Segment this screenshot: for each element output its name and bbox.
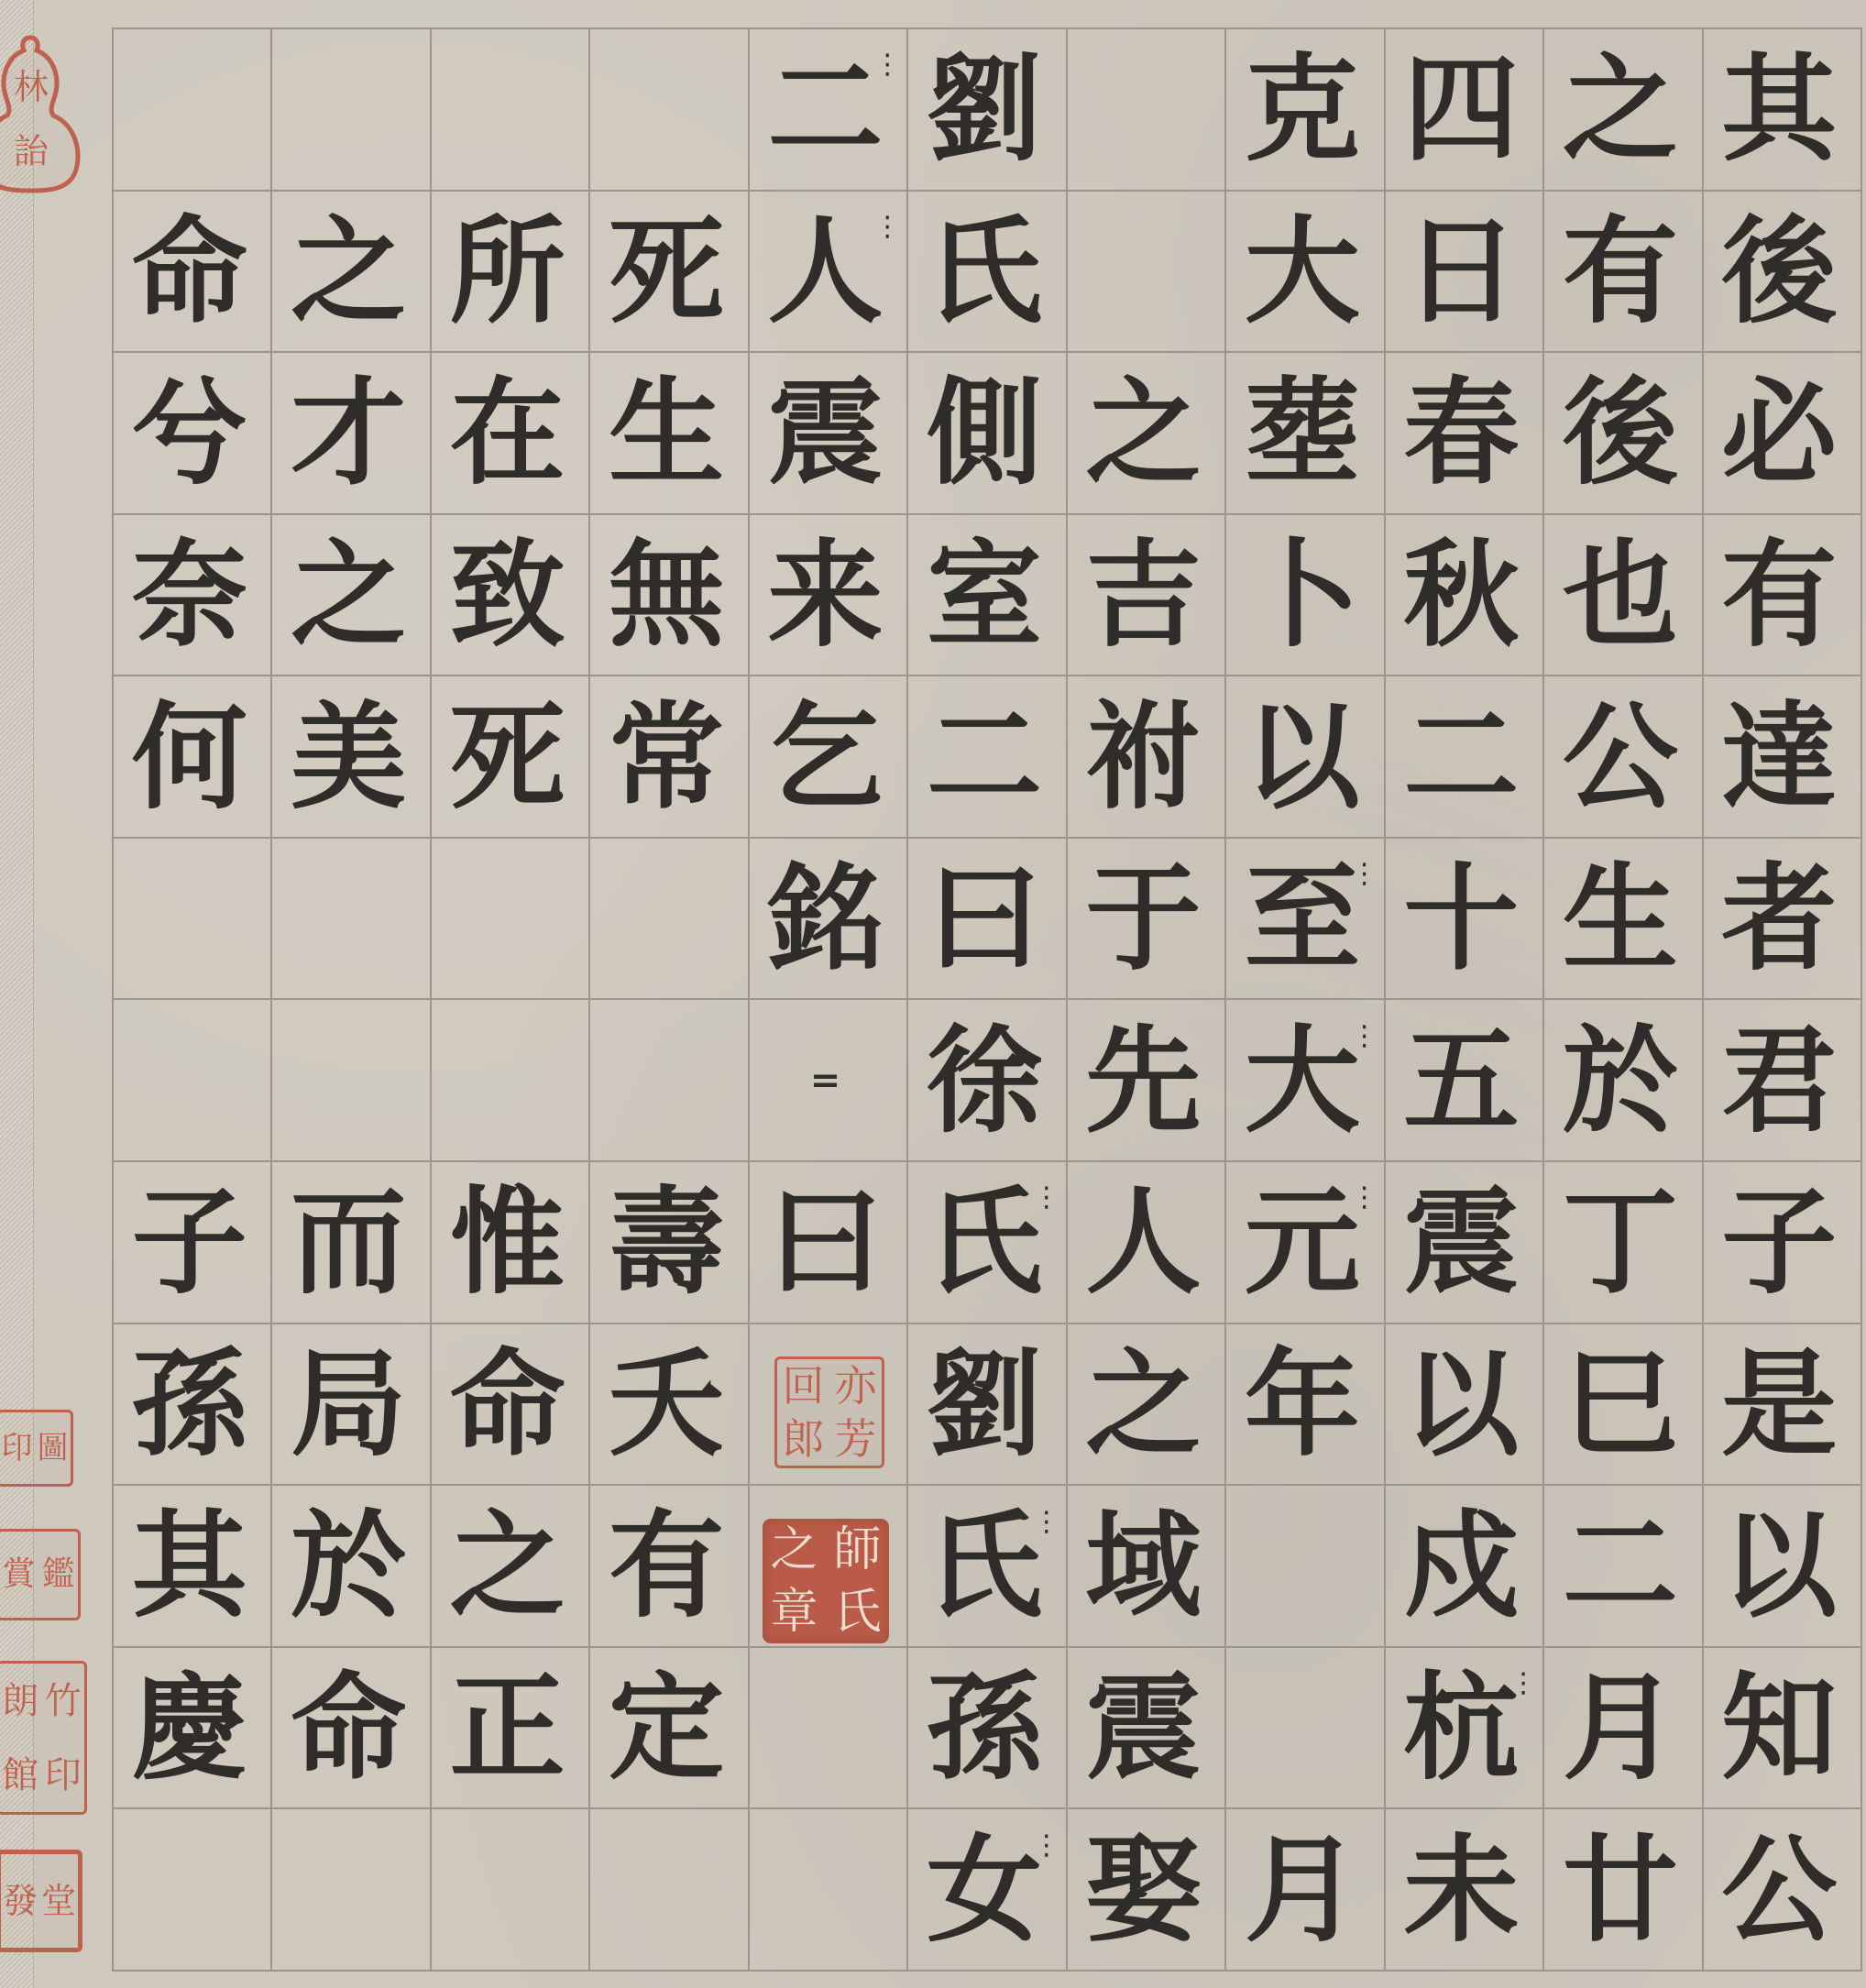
character-cell: 君 xyxy=(1704,1000,1861,1162)
text-column-8: 死 生 無 常 壽 夭 有 定 xyxy=(588,29,747,1972)
ditto-mark-cell: = xyxy=(750,1000,906,1162)
blank-cell xyxy=(590,1000,747,1162)
character-cell: 日 xyxy=(1386,192,1542,354)
character-cell: 人⋮ xyxy=(750,192,906,354)
blank-cell xyxy=(114,1000,270,1162)
character-cell: 公 xyxy=(1704,1809,1861,1972)
calligraphy-character: 奈 xyxy=(132,537,247,653)
calligraphy-character: 二 xyxy=(1403,699,1519,815)
calligraphy-character: 定 xyxy=(609,1670,724,1785)
character-cell: 人 xyxy=(1068,1162,1224,1324)
calligraphy-character: 於 xyxy=(291,1508,406,1623)
repetition-mark: ⋮ xyxy=(1351,1023,1378,1050)
calligraphy-character: 公 xyxy=(1563,699,1678,815)
character-cell: 域 xyxy=(1068,1486,1224,1648)
calligraphy-character: 生 xyxy=(609,375,724,490)
calligraphy-character: 在 xyxy=(450,375,565,490)
character-cell: 氏⋮ xyxy=(908,1486,1065,1648)
calligraphy-character: 是 xyxy=(1721,1346,1837,1462)
text-column-7: 二⋮ 人⋮ 震 来 乞 銘 = 曰 xyxy=(748,29,906,1972)
calligraphy-character: 震 xyxy=(1403,1184,1519,1300)
calligraphy-character: 四 xyxy=(1403,51,1519,167)
blank-cell xyxy=(114,29,270,192)
calligraphy-character: 命 xyxy=(450,1346,565,1462)
calligraphy-character: 震 xyxy=(1085,1670,1201,1785)
character-cell: 所 xyxy=(432,192,588,354)
seal-glyph: 之 xyxy=(771,1526,818,1574)
calligraphy-character: 戍 xyxy=(1403,1508,1519,1623)
calligraphy-character: 其 xyxy=(1721,51,1837,167)
blank-cell xyxy=(272,1809,429,1972)
character-cell: 杭⋮ xyxy=(1386,1648,1542,1810)
calligraphy-character: 生 xyxy=(1563,861,1678,976)
character-cell: 二⋮ xyxy=(750,29,906,192)
character-cell: 定 xyxy=(590,1648,747,1810)
character-cell: 在 xyxy=(432,353,588,515)
character-cell: 而 xyxy=(272,1162,429,1324)
blank-cell xyxy=(272,29,429,192)
character-cell: 側 xyxy=(908,353,1065,515)
calligraphy-character: 大 xyxy=(1245,214,1360,329)
text-column-6: 劉 氏 側 室 二 曰 徐 氏⋮ 劉 氏⋮ 孫 女⋮ xyxy=(906,29,1065,1972)
character-cell: 死 xyxy=(432,676,588,839)
collector-seal-zhuwen: 亦 芳 回 郎 xyxy=(774,1356,884,1468)
character-cell: 有 xyxy=(590,1486,747,1648)
calligraphy-character: 月 xyxy=(1245,1832,1360,1948)
calligraphy-character: 吉 xyxy=(1085,537,1201,653)
character-cell: 吉 xyxy=(1068,515,1224,677)
calligraphy-character: 杭 xyxy=(1403,1670,1519,1785)
calligraphy-character: 以 xyxy=(1245,699,1360,815)
seal-glyph: 回 xyxy=(783,1365,825,1407)
character-cell: 銘 xyxy=(750,839,906,1001)
character-cell: 徐 xyxy=(908,1000,1065,1162)
calligraphy-character: 所 xyxy=(450,214,565,329)
seal-glyph: 章 xyxy=(771,1588,818,1636)
calligraphy-character: 域 xyxy=(1085,1508,1201,1623)
character-cell: 劉 xyxy=(908,1324,1065,1487)
calligraphy-character: 徐 xyxy=(927,1023,1042,1138)
seal-glyph: 館 xyxy=(2,1757,38,1794)
character-cell: 生 xyxy=(590,353,747,515)
text-column-1: 其 後 必 有 達 者 君 子 是 以 知 公 xyxy=(1702,29,1861,1972)
character-cell: 也 xyxy=(1544,515,1701,677)
calligraphy-character: 者 xyxy=(1721,861,1837,976)
calligraphy-character: 年 xyxy=(1245,1346,1360,1462)
blank-cell xyxy=(1068,29,1224,192)
character-cell: 震 xyxy=(1068,1648,1224,1810)
calligraphy-character: 子 xyxy=(132,1184,247,1300)
blank-cell xyxy=(432,839,588,1001)
character-cell: 之 xyxy=(1068,353,1224,515)
character-cell: 奈 xyxy=(114,515,270,677)
calligraphy-character: 卜 xyxy=(1245,537,1360,653)
character-cell: 十 xyxy=(1386,839,1542,1001)
repetition-mark: ⋮ xyxy=(1351,861,1378,888)
calligraphy-character: 之 xyxy=(1563,51,1678,167)
calligraphy-character: 以 xyxy=(1403,1346,1519,1462)
character-cell: 子 xyxy=(1704,1162,1861,1324)
calligraphy-character: 孫 xyxy=(927,1670,1042,1785)
calligraphy-character: 月 xyxy=(1563,1670,1678,1785)
character-cell: 克 xyxy=(1226,29,1383,192)
character-cell: 公 xyxy=(1544,676,1701,839)
character-cell: 戍 xyxy=(1386,1486,1542,1648)
character-cell: 来 xyxy=(750,515,906,677)
calligraphy-character: 必 xyxy=(1721,375,1837,490)
character-cell: 以 xyxy=(1704,1486,1861,1648)
calligraphy-character: 廿 xyxy=(1563,1832,1678,1948)
calligraphy-character: 大 xyxy=(1245,1023,1360,1138)
blank-cell xyxy=(750,1648,906,1810)
blank-cell xyxy=(750,1809,906,1972)
calligraphy-character: 二 xyxy=(927,699,1042,815)
seam-seal-3: 竹 印 朗 館 xyxy=(0,1661,87,1815)
calligraphy-character: 於 xyxy=(1563,1023,1678,1138)
calligraphy-character: 後 xyxy=(1563,375,1678,490)
text-column-5: 之 吉 祔 于 先 人 之 域 震 娶 xyxy=(1066,29,1224,1972)
blank-cell xyxy=(114,1809,270,1972)
calligraphy-character: 二 xyxy=(1563,1508,1678,1623)
character-cell: 未 xyxy=(1386,1809,1542,1972)
character-cell: 其 xyxy=(114,1486,270,1648)
character-cell: 二 xyxy=(1544,1486,1701,1648)
calligraphy-character: 未 xyxy=(1403,1832,1519,1948)
calligraphy-character: 致 xyxy=(450,537,565,653)
character-cell: 卜 xyxy=(1226,515,1383,677)
character-cell: 月 xyxy=(1226,1809,1383,1972)
calligraphy-character: 曰 xyxy=(927,861,1042,976)
seal-glyph: 圖 xyxy=(38,1433,69,1464)
text-column-11: 命 兮 奈 何 子 孫 其 慶 xyxy=(112,29,270,1972)
ditto-mark: = xyxy=(810,1062,841,1099)
character-cell: 大 xyxy=(1226,192,1383,354)
calligraphy-character: 達 xyxy=(1721,699,1837,815)
calligraphy-character: 側 xyxy=(927,375,1042,490)
calligraphy-character: 祔 xyxy=(1085,699,1201,815)
character-cell: 之 xyxy=(432,1486,588,1648)
character-cell: 年 xyxy=(1226,1324,1383,1487)
blank-cell xyxy=(432,1000,588,1162)
character-cell: 震 xyxy=(750,353,906,515)
calligraphy-character: 銘 xyxy=(768,861,884,976)
calligraphy-character: 以 xyxy=(1721,1508,1837,1623)
calligraphy-character: 兮 xyxy=(132,375,247,490)
blank-cell xyxy=(1226,1486,1383,1648)
calligraphy-character: 死 xyxy=(609,214,724,329)
calligraphy-character: 之 xyxy=(1085,375,1201,490)
character-cell: 以 xyxy=(1226,676,1383,839)
character-cell: 其 xyxy=(1704,29,1861,192)
character-cell: 無 xyxy=(590,515,747,677)
calligraphy-character: 人 xyxy=(768,214,884,329)
character-cell: 壽 xyxy=(590,1162,747,1324)
character-cell: 有 xyxy=(1704,515,1861,677)
calligraphy-character: 公 xyxy=(1721,1832,1837,1948)
character-cell: 生 xyxy=(1544,839,1701,1001)
repetition-mark: ⋮ xyxy=(1033,1184,1060,1212)
character-cell: 死 xyxy=(590,192,747,354)
calligraphy-character: 夭 xyxy=(609,1346,724,1462)
calligraphy-character: 之 xyxy=(291,214,406,329)
calligraphy-character: 有 xyxy=(609,1508,724,1623)
character-cell: 致 xyxy=(432,515,588,677)
character-cell: 必 xyxy=(1704,353,1861,515)
character-cell: 夭 xyxy=(590,1324,747,1487)
calligraphy-character: 氏 xyxy=(927,1184,1042,1300)
calligraphy-character: 塟 xyxy=(1245,375,1360,490)
character-cell: 子 xyxy=(114,1162,270,1324)
text-column-4: 克 大 塟 卜 以 至⋮ 大⋮ 元⋮ 年 月 xyxy=(1224,29,1383,1972)
calligraphy-character: 氏 xyxy=(927,1508,1042,1623)
calligraphy-character: 孫 xyxy=(132,1346,247,1462)
character-cell: 劉 xyxy=(908,29,1065,192)
character-cell: 大⋮ xyxy=(1226,1000,1383,1162)
repetition-mark: ⋮ xyxy=(873,51,901,79)
blank-cell xyxy=(1226,1648,1383,1810)
calligraphy-character: 無 xyxy=(609,537,724,653)
character-cell: 是 xyxy=(1704,1324,1861,1487)
seal-glyph: 堂 xyxy=(41,1884,76,1918)
character-cell: 曰 xyxy=(750,1162,906,1324)
character-cell: 以 xyxy=(1386,1324,1542,1487)
calligraphy-character: 娶 xyxy=(1085,1832,1201,1948)
calligraphy-character: 丁 xyxy=(1563,1184,1678,1300)
blank-cell xyxy=(590,29,747,192)
calligraphy-character: 先 xyxy=(1085,1023,1201,1138)
calligraphy-character: 命 xyxy=(291,1670,406,1785)
calligraphy-character: 人 xyxy=(1085,1184,1201,1300)
character-cell: 春 xyxy=(1386,353,1542,515)
calligraphy-character: 何 xyxy=(132,699,247,815)
character-cell: 娶 xyxy=(1068,1809,1224,1972)
character-cell: 氏 xyxy=(908,192,1065,354)
calligraphy-character: 春 xyxy=(1403,375,1519,490)
character-cell: 慶 xyxy=(114,1648,270,1810)
seal-glyph: 芳 xyxy=(835,1418,877,1460)
calligraphy-character: 也 xyxy=(1563,537,1678,653)
seal-glyph: 郎 xyxy=(783,1418,825,1460)
character-cell: 五 xyxy=(1386,1000,1542,1162)
calligraphy-character: 五 xyxy=(1403,1023,1519,1138)
character-cell: 于 xyxy=(1068,839,1224,1001)
calligraphy-character: 于 xyxy=(1085,861,1201,976)
character-cell: 曰 xyxy=(908,839,1065,1001)
calligraphy-character: 知 xyxy=(1721,1670,1837,1785)
seal-glyph: 林 xyxy=(14,67,49,107)
character-cell: 廿 xyxy=(1544,1809,1701,1972)
character-cell: 孫 xyxy=(114,1324,270,1487)
blank-cell xyxy=(590,1809,747,1972)
character-cell: 月 xyxy=(1544,1648,1701,1810)
character-cell: 塟 xyxy=(1226,353,1383,515)
character-cell: 震 xyxy=(1386,1162,1542,1324)
character-cell: 常 xyxy=(590,676,747,839)
character-cell: 元⋮ xyxy=(1226,1162,1383,1324)
text-column-3: 四 日 春 秋 二 十 五 震 以 戍 杭⋮ 未 xyxy=(1384,29,1542,1972)
character-cell: 有 xyxy=(1544,192,1701,354)
character-cell: 命 xyxy=(432,1324,588,1487)
character-cell: 室 xyxy=(908,515,1065,677)
calligraphy-character: 克 xyxy=(1245,51,1360,167)
character-cell: 局 xyxy=(272,1324,429,1487)
seal-glyph: 印 xyxy=(45,1757,82,1794)
blank-cell xyxy=(272,839,429,1001)
calligraphy-character: 命 xyxy=(132,214,247,329)
character-cell: 之 xyxy=(1544,29,1701,192)
seal-glyph: 師 xyxy=(834,1526,882,1574)
blank-cell xyxy=(590,839,747,1001)
calligraphy-character: 之 xyxy=(450,1508,565,1623)
character-cell: 於 xyxy=(272,1486,429,1648)
seal-glyph: 竹 xyxy=(45,1683,82,1719)
character-cell: 二 xyxy=(1386,676,1542,839)
gourd-seal: 林 詒 xyxy=(0,35,84,194)
calligraphy-character: 死 xyxy=(450,699,565,815)
character-cell: 巳 xyxy=(1544,1324,1701,1487)
character-cell: 孫 xyxy=(908,1648,1065,1810)
character-cell: 知 xyxy=(1704,1648,1861,1810)
seal-glyph: 詒 xyxy=(14,131,49,171)
calligraphy-character: 日 xyxy=(1403,214,1519,329)
calligraphy-character: 正 xyxy=(450,1670,565,1785)
text-column-9: 所 在 致 死 惟 命 之 正 xyxy=(430,29,588,1972)
calligraphy-character: 惟 xyxy=(450,1184,565,1300)
calligraphy-character: 二 xyxy=(768,51,884,167)
calligraphy-character: 才 xyxy=(291,375,406,490)
calligraphy-grid: 其 後 必 有 達 者 君 子 是 以 知 公 之 有 後 也 公 生 於 丁 … xyxy=(112,27,1862,1972)
calligraphy-character: 至 xyxy=(1245,861,1360,976)
repetition-mark: ⋮ xyxy=(1033,1509,1060,1536)
seal-glyph: 鑑 xyxy=(42,1558,75,1591)
calligraphy-character: 其 xyxy=(132,1508,247,1623)
calligraphy-character: 有 xyxy=(1721,537,1837,653)
character-cell: 美 xyxy=(272,676,429,839)
calligraphy-character: 曰 xyxy=(768,1184,884,1300)
calligraphy-character: 巳 xyxy=(1563,1346,1678,1462)
seal-glyph: 亦 xyxy=(835,1365,877,1407)
calligraphy-character: 子 xyxy=(1721,1184,1837,1300)
character-cell: 才 xyxy=(272,353,429,515)
text-column-2: 之 有 後 也 公 生 於 丁 巳 二 月 廿 xyxy=(1542,29,1701,1972)
character-cell: 之 xyxy=(272,515,429,677)
calligraphy-character: 震 xyxy=(768,375,884,490)
calligraphy-character: 局 xyxy=(291,1346,406,1462)
seal-glyph: 發 xyxy=(3,1884,38,1918)
calligraphy-character: 有 xyxy=(1563,214,1678,329)
repetition-mark: ⋮ xyxy=(873,214,901,241)
character-cell: 氏⋮ xyxy=(908,1162,1065,1324)
calligraphy-character: 氏 xyxy=(927,214,1042,329)
character-cell: 命 xyxy=(272,1648,429,1810)
calligraphy-character: 君 xyxy=(1721,1023,1837,1138)
character-cell: 秋 xyxy=(1386,515,1542,677)
seal-glyph: 印 xyxy=(2,1433,33,1464)
character-cell: 命 xyxy=(114,192,270,354)
character-cell: 達 xyxy=(1704,676,1861,839)
blank-cell xyxy=(1068,192,1224,354)
seal-glyph: 朗 xyxy=(2,1683,38,1719)
seam-seal-2: 鑑 賞 xyxy=(0,1529,81,1620)
calligraphy-character: 慶 xyxy=(132,1670,247,1785)
collector-seal-baiwen: 師 氏 之 章 xyxy=(763,1519,889,1643)
character-cell: 祔 xyxy=(1068,676,1224,839)
character-cell: 正 xyxy=(432,1648,588,1810)
calligraphy-character: 来 xyxy=(768,537,884,653)
blank-cell xyxy=(272,1000,429,1162)
character-cell: 至⋮ xyxy=(1226,839,1383,1001)
seal-glyph: 賞 xyxy=(3,1558,36,1591)
blank-cell xyxy=(114,839,270,1001)
calligraphy-character: 壽 xyxy=(609,1184,724,1300)
seam-seal-4: 堂 發 xyxy=(0,1850,82,1952)
seam-seal-1: 圖 印 xyxy=(0,1410,73,1487)
character-cell: 二 xyxy=(908,676,1065,839)
character-cell: 之 xyxy=(272,192,429,354)
character-cell: 者 xyxy=(1704,839,1861,1001)
character-cell: 後 xyxy=(1704,192,1861,354)
calligraphy-character: 美 xyxy=(291,699,406,815)
calligraphy-character: 十 xyxy=(1403,861,1519,976)
repetition-mark: ⋮ xyxy=(1351,1184,1378,1212)
calligraphy-character: 劉 xyxy=(927,1346,1042,1462)
calligraphy-character: 後 xyxy=(1721,214,1837,329)
blank-cell xyxy=(432,1809,588,1972)
character-cell: 於 xyxy=(1544,1000,1701,1162)
calligraphy-character: 乞 xyxy=(768,699,884,815)
character-cell: 先 xyxy=(1068,1000,1224,1162)
seal-glyph: 氏 xyxy=(834,1588,882,1636)
calligraphy-character: 元 xyxy=(1245,1184,1360,1300)
calligraphy-character: 常 xyxy=(609,699,724,815)
character-cell: 兮 xyxy=(114,353,270,515)
calligraphy-character: 室 xyxy=(927,537,1042,653)
blank-cell xyxy=(432,29,588,192)
character-cell: 丁 xyxy=(1544,1162,1701,1324)
text-column-10: 之 才 之 美 而 局 於 命 xyxy=(270,29,429,1972)
calligraphy-character: 秋 xyxy=(1403,537,1519,653)
character-cell: 何 xyxy=(114,676,270,839)
character-cell: 後 xyxy=(1544,353,1701,515)
character-cell: 四 xyxy=(1386,29,1542,192)
character-cell: 之 xyxy=(1068,1324,1224,1487)
repetition-mark: ⋮ xyxy=(1509,1670,1537,1697)
calligraphy-character: 女 xyxy=(927,1832,1042,1948)
calligraphy-character: 之 xyxy=(1085,1346,1201,1462)
calligraphy-character: 劉 xyxy=(927,51,1042,167)
character-cell: 女⋮ xyxy=(908,1809,1065,1972)
calligraphy-character: 之 xyxy=(291,537,406,653)
calligraphy-character: 而 xyxy=(291,1184,406,1300)
character-cell: 惟 xyxy=(432,1162,588,1324)
character-cell: 乞 xyxy=(750,676,906,839)
repetition-mark: ⋮ xyxy=(1033,1832,1060,1860)
